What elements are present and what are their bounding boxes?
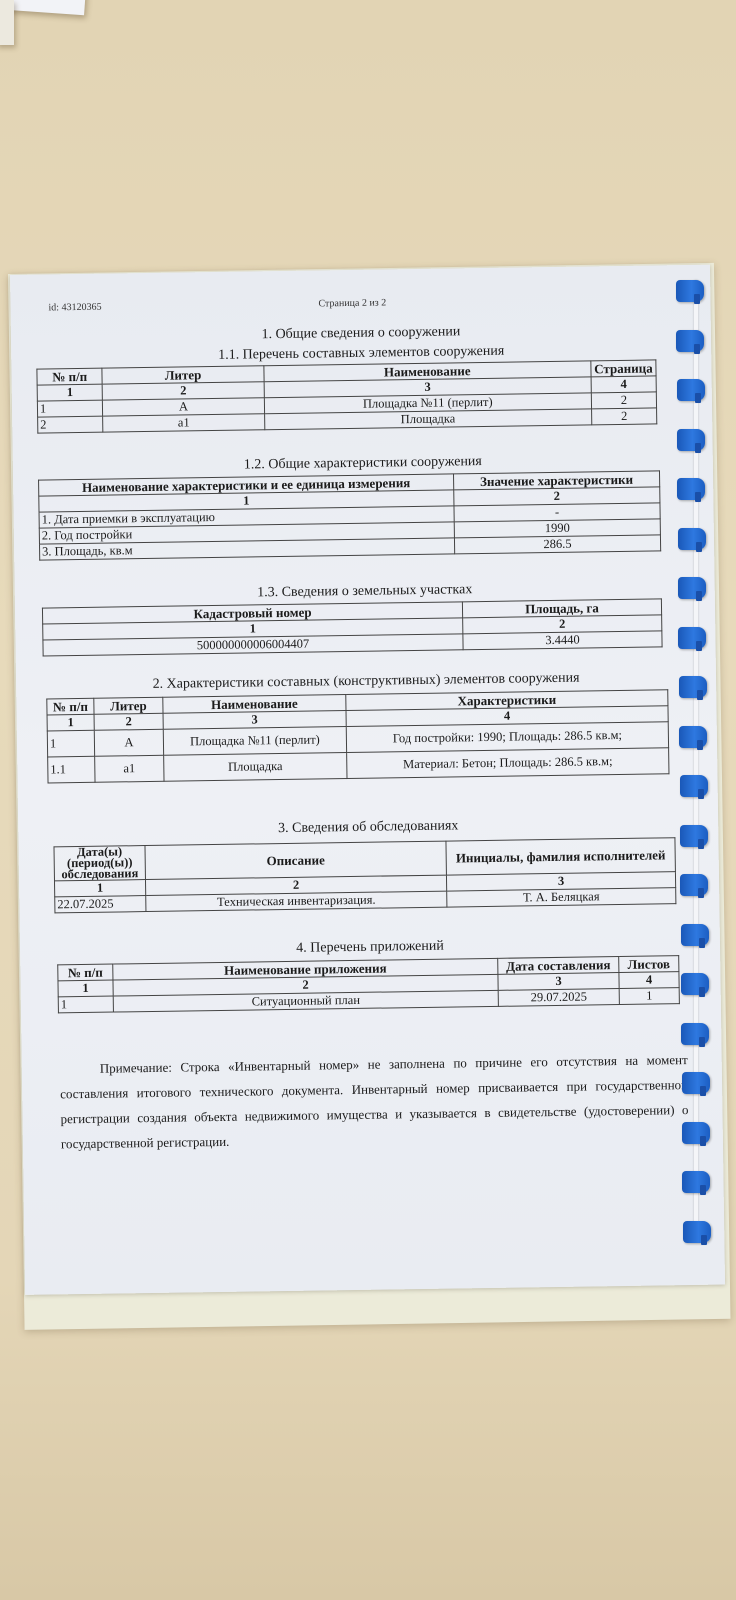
binding-ring-icon [679, 676, 707, 698]
col-header: № п/п [58, 964, 113, 981]
cell-name: Площадка [264, 409, 592, 430]
binding-ring-icon [681, 924, 709, 946]
cell-liter: а1 [103, 414, 264, 432]
col-header: № п/п [37, 368, 103, 385]
attachment-number: 1 [58, 996, 113, 1013]
table-land-plots: Кадастровый номер Площадь, га 1 2 500000… [42, 598, 663, 656]
survey-executor: Т. А. Беляцкая [447, 888, 676, 907]
table-general-characteristics: Наименование характеристики и ее единица… [38, 470, 661, 560]
binding-ring-icon [676, 280, 704, 302]
col-number: 2 [94, 713, 163, 730]
binding-ring-icon [680, 825, 708, 847]
document-id: id: 43120365 [48, 302, 101, 314]
survey-description: Техническая инвентаризация. [146, 891, 447, 911]
survey-date: 22.07.2025 [55, 896, 146, 913]
col-header: № п/п [47, 698, 94, 715]
col-number: 1 [37, 384, 103, 401]
col-number: 1 [58, 980, 113, 997]
section-3-title: 3. Сведения об обследованиях [18, 815, 718, 841]
characteristic-value: 286.5 [454, 535, 660, 554]
spiral-binding [668, 270, 736, 1250]
col-number: 1 [54, 880, 145, 897]
col-header: Описание [145, 841, 446, 879]
binding-ring-icon [682, 1072, 710, 1094]
col-header: Инициалы, фамилия исполнителей [446, 838, 675, 875]
binding-ring-icon [676, 330, 704, 352]
binding-ring-icon [678, 528, 706, 550]
cell-page: 2 [591, 392, 656, 409]
binding-ring-icon [678, 627, 706, 649]
binding-ring-icon [681, 973, 709, 995]
binding-ring-icon [682, 1171, 710, 1193]
cell-number: 1 [37, 400, 103, 417]
page-number: Страница 2 из 2 [318, 297, 386, 309]
cell-liter: А [94, 729, 163, 756]
table-surveys: Дата(ы) (период(ы)) обследования Описани… [53, 837, 676, 913]
attachment-date: 29.07.2025 [498, 989, 619, 1007]
cell-page: 2 [592, 408, 657, 425]
binding-ring-icon [682, 1122, 710, 1144]
binding-ring-icon [681, 1023, 709, 1045]
binding-ring-icon [678, 577, 706, 599]
table-elements-list: № п/п Литер Наименование Страница 1 2 3 … [36, 359, 657, 433]
document-page: id: 43120365 Страница 2 из 2 1. Общие св… [10, 265, 725, 1295]
col-number: 1 [47, 714, 94, 731]
col-header: Дата(ы) (период(ы)) обследования [54, 846, 145, 881]
col-number: 3 [498, 973, 619, 991]
cell-name: Площадка [164, 753, 347, 782]
binding-ring-icon [683, 1221, 711, 1243]
binding-ring-icon [680, 874, 708, 896]
cell-number: 1 [47, 730, 94, 757]
page-header: id: 43120365 Страница 2 из 2 [48, 293, 670, 302]
stray-paper-edge [0, 0, 14, 45]
cell-liter: а1 [95, 755, 164, 782]
document-note: Примечание: Строка «Инвентарный номер» н… [60, 1047, 689, 1156]
col-header: Литер [94, 697, 163, 714]
cell-characteristics: Материал: Бетон; Площадь: 286.5 кв.м; [347, 748, 669, 779]
binding-ring-icon [677, 478, 705, 500]
col-number: 4 [591, 376, 656, 393]
binding-ring-icon [679, 726, 707, 748]
binding-ring-icon [677, 429, 705, 451]
binding-ring-icon [680, 775, 708, 797]
col-header: Страница [591, 360, 656, 377]
col-header: Дата составления [498, 957, 619, 975]
cell-number: 1.1 [48, 756, 95, 783]
table-attachments: № п/п Наименование приложения Дата соста… [57, 955, 680, 1013]
cell-name: Площадка №11 (перлит) [163, 727, 346, 756]
cell-number: 2 [38, 416, 104, 433]
table-structural-elements: № п/п Литер Наименование Характеристики … [46, 689, 669, 783]
plot-area: 3.4440 [463, 631, 662, 650]
binding-ring-icon [677, 379, 705, 401]
binding-spine [694, 280, 698, 1240]
